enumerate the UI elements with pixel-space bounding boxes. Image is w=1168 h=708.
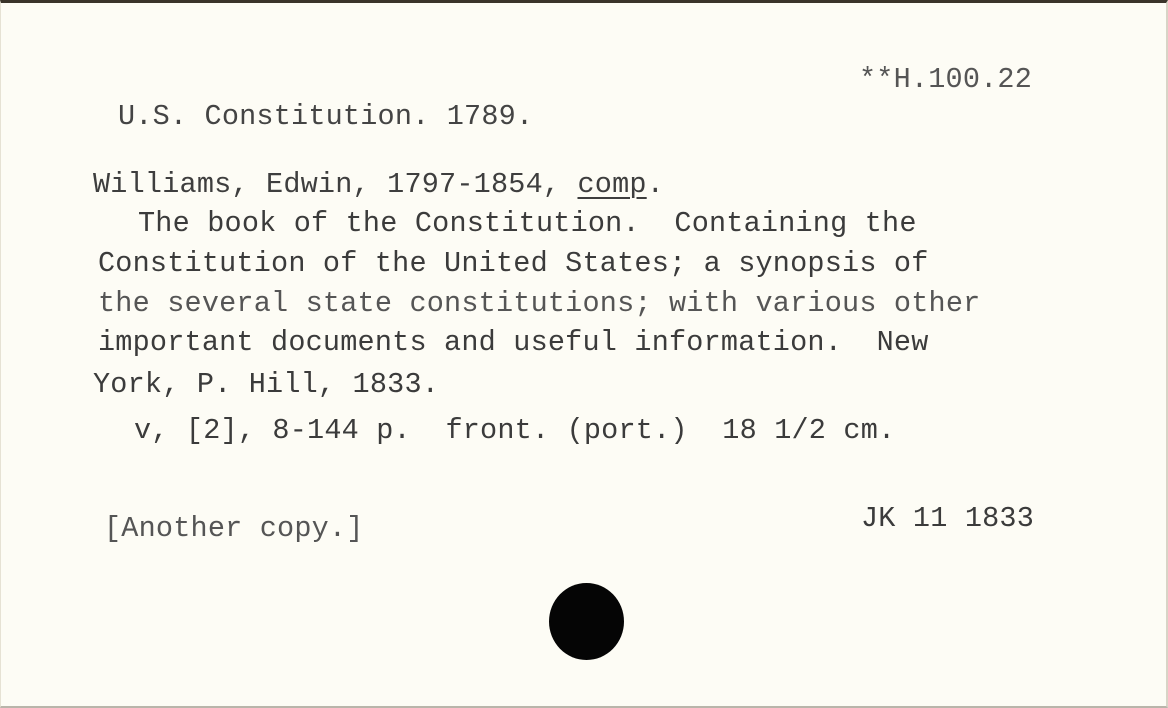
subject-heading: U.S. Constitution. 1789. (118, 101, 533, 133)
title-line: Constitution of the United States; a syn… (98, 248, 929, 280)
author-role: comp (577, 168, 646, 201)
catalog-card: **H.100.22 U.S. Constitution. 1789. Will… (0, 0, 1168, 708)
title-line: the several state constitutions; with va… (98, 288, 980, 320)
title-line: York, P. Hill, 1833. (93, 369, 439, 401)
author-entry: Williams, Edwin, 1797-1854, comp. (93, 169, 664, 201)
collation: v, [2], 8-144 p. front. (port.) 18 1/2 c… (134, 415, 895, 447)
author-name: Williams, Edwin, 1797-1854, (93, 168, 577, 201)
author-role-suffix: . (647, 168, 664, 201)
call-number-top: **H.100.22 (859, 64, 1032, 96)
punch-hole-icon (549, 583, 624, 660)
title-line: important documents and useful informati… (98, 327, 929, 359)
title-line: The book of the Constitution. Containing… (138, 208, 917, 240)
call-number-bottom: JK 11 1833 (861, 503, 1034, 535)
another-copy-note: [Another copy.] (104, 513, 364, 545)
